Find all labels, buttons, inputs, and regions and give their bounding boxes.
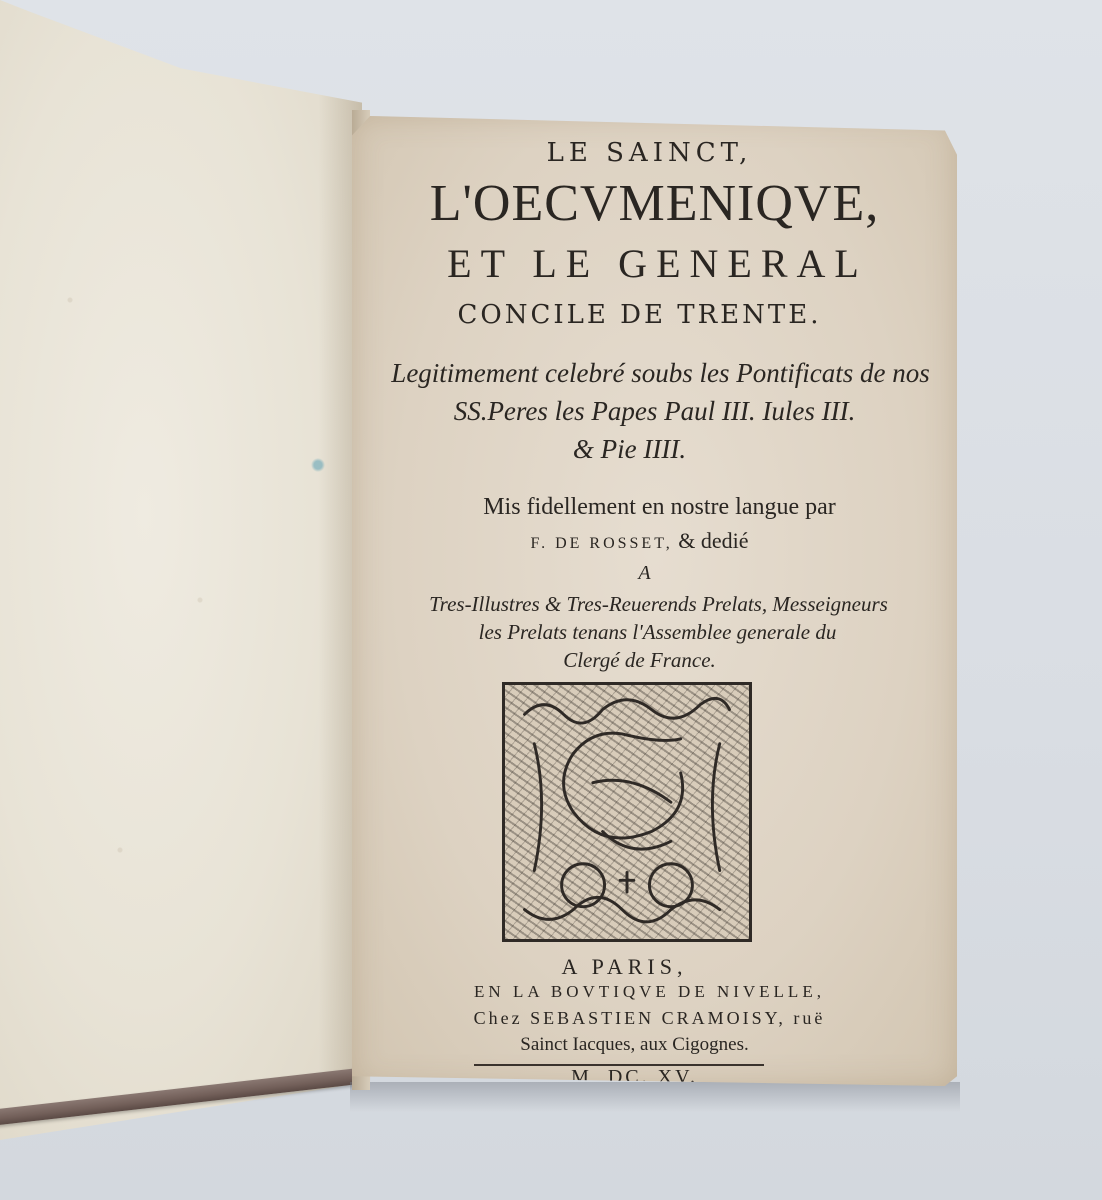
dedication-line-1: Tres-Illustres & Tres-Reuerends Prelats,…: [360, 592, 957, 617]
subtitle-line-3: & Pie IIII.: [302, 434, 957, 465]
subtitle-line-1: Legitimement celebré soubs les Pontifica…: [364, 358, 957, 389]
pelican-device-icon: [505, 685, 749, 939]
imprint-printer: Chez SEBASTIEN CRAMOISY, ruë: [342, 1008, 957, 1029]
title-line-1: LE SAINCT,: [342, 138, 957, 168]
translator-name-line: F. DE ROSSET, & dedié: [322, 528, 957, 554]
imprint-shop: EN LA BOVTIQVE DE NIVELLE,: [342, 982, 957, 1002]
page-shadow: [350, 1082, 960, 1112]
flyleaf-left-page: [0, 0, 362, 1140]
imprint-address: Sainct Iacques, aux Cigognes.: [312, 1034, 957, 1056]
translator-line: Mis fidellement en nostre langue par: [362, 494, 957, 521]
photo-scene: LE SAINCT, L'OECVMENIQVE, ET LE GENERAL …: [0, 0, 1102, 1200]
title-line-2: L'OECVMENIQVE,: [352, 174, 957, 233]
printers-device-woodcut: [502, 682, 752, 942]
dedication-line-2: les Prelats tenans l'Assemblee generale …: [358, 620, 957, 645]
subtitle-line-2: SS.Peres les Papes Paul III. Iules III.: [352, 396, 957, 427]
title-line-4: CONCILE DE TRENTE.: [322, 300, 957, 330]
title-line-3: ET LE GENERAL: [358, 240, 957, 287]
dedication-a: A: [332, 562, 957, 585]
translator-tail: & dedié: [678, 528, 748, 553]
imprint-city: A PARIS,: [292, 954, 957, 980]
dedication-line-3: Clergé de France.: [322, 648, 957, 673]
translator-name: F. DE ROSSET,: [530, 535, 672, 552]
title-page: LE SAINCT, L'OECVMENIQVE, ET LE GENERAL …: [352, 116, 957, 1086]
